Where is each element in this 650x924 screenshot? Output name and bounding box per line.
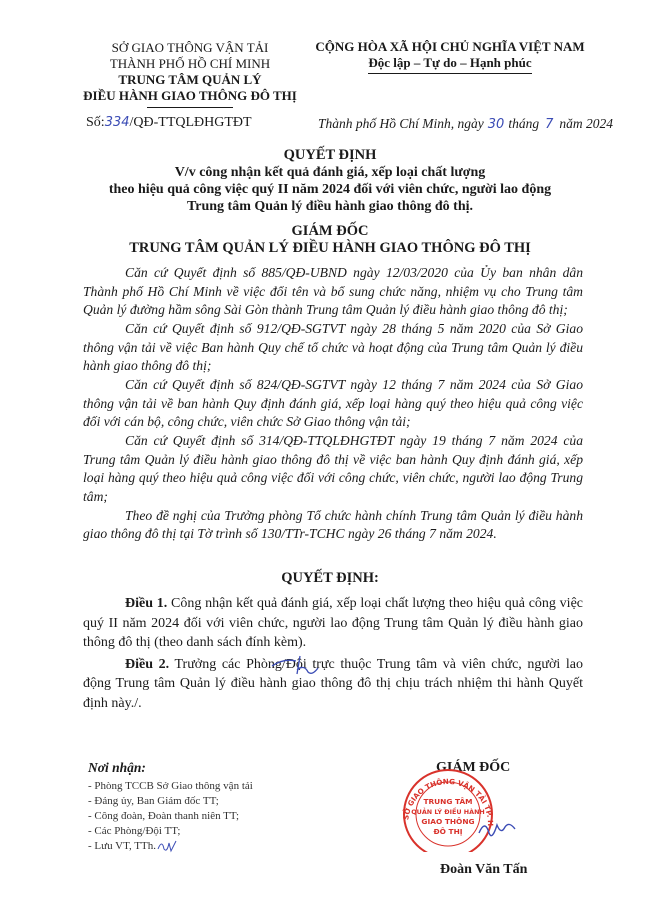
recipients-title: Nơi nhận: [88, 760, 388, 776]
agency-parent-line2: THÀNH PHỐ HỒ CHÍ MINH [60, 56, 320, 72]
national-motto: Độc lập – Tự do – Hạnh phúc [368, 55, 531, 74]
agency-name-line2: ĐIỀU HÀNH GIAO THÔNG ĐÔ THỊ [83, 88, 297, 104]
title-line3: Trung tâm Quản lý điều hành giao thông đ… [60, 198, 600, 215]
national-header: CỘNG HÒA XÃ HỘI CHỦ NGHĨA VIỆT NAM Độc l… [300, 39, 600, 74]
title-heading: QUYẾT ĐỊNH [60, 147, 600, 164]
title-line1: V/v công nhận kết quả đánh giá, xếp loại… [60, 164, 600, 181]
title-line2: theo hiệu quả công việc quý II năm 2024 … [60, 181, 600, 198]
preamble: Căn cứ Quyết định số 885/QĐ-UBND ngày 12… [83, 264, 583, 544]
articles: Điều 1. Công nhận kết quả đánh giá, xếp … [83, 594, 583, 714]
article-label: Điều 2. [125, 657, 169, 672]
doc-number-prefix: Số: [86, 115, 105, 130]
recipient-item: - Lưu VT, TTh. [88, 839, 388, 854]
svg-text:ĐÔ THỊ: ĐÔ THỊ [433, 827, 462, 836]
initial-signature-mark [270, 654, 320, 676]
preamble-item: Căn cứ Quyết định số 912/QĐ-SGTVT ngày 2… [83, 320, 583, 376]
director-signature [477, 815, 517, 845]
recipient-item: - Đảng ủy, Ban Giám đốc TT; [88, 794, 388, 809]
issuing-agency: SỞ GIAO THÔNG VẬN TẢI THÀNH PHỐ HỒ CHÍ M… [60, 40, 320, 108]
authority-line1: GIÁM ĐỐC [60, 223, 600, 240]
preamble-item: Căn cứ Quyết định số 824/QĐ-SGTVT ngày 1… [83, 376, 583, 432]
article-1: Điều 1. Công nhận kết quả đánh giá, xếp … [83, 594, 583, 653]
signer-name: Đoàn Văn Tấn [440, 862, 527, 878]
issuing-authority: GIÁM ĐỐC TRUNG TÂM QUẢN LÝ ĐIỀU HÀNH GIA… [60, 223, 600, 257]
authority-line2: TRUNG TÂM QUẢN LÝ ĐIỀU HÀNH GIAO THÔNG Đ… [60, 240, 600, 257]
recipient-item: - Công đoàn, Đoàn thanh niên TT; [88, 809, 388, 824]
date-month-handwritten: 7 [539, 117, 559, 132]
date-text-1: Thành phố Hồ Chí Minh, ngày [318, 116, 484, 131]
doc-number-handwritten: 334 [105, 115, 130, 130]
recipients: Nơi nhận: - Phòng TCCB Sở Giao thông vận… [88, 760, 388, 854]
document-title: QUYẾT ĐỊNH V/v công nhận kết quả đánh gi… [60, 147, 600, 215]
doc-number-suffix: /QĐ-TTQLĐHGTĐT [130, 115, 252, 130]
recipient-item: - Các Phòng/Đội TT; [88, 824, 388, 839]
date-day-handwritten: 30 [484, 117, 509, 132]
document-number: Số:334/QĐ-TTQLĐHGTĐT [86, 115, 252, 131]
preamble-item: Căn cứ Quyết định số 314/QĐ-TTQLĐHGTĐT n… [83, 432, 583, 506]
decision-heading: QUYẾT ĐỊNH: [60, 570, 600, 587]
recipient-text: - Lưu VT, TTh. [88, 840, 156, 852]
place-and-date: Thành phố Hồ Chí Minh, ngày30tháng7năm 2… [318, 116, 613, 132]
preamble-item: Căn cứ Quyết định số 885/QĐ-UBND ngày 12… [83, 264, 583, 320]
country-name: CỘNG HÒA XÃ HỘI CHỦ NGHĨA VIỆT NAM [300, 39, 600, 55]
svg-text:GIAO THÔNG: GIAO THÔNG [421, 817, 474, 826]
initial-mark-icon [156, 839, 178, 853]
date-text-3: năm 2024 [559, 116, 613, 131]
date-text-2: tháng [508, 116, 539, 131]
preamble-item: Theo đề nghị của Trưởng phòng Tổ chức hà… [83, 507, 583, 544]
article-label: Điều 1. [125, 596, 167, 611]
article-2: Điều 2. Trưởng các Phòng/Đội trực thuộc … [83, 655, 583, 714]
agency-name-block: TRUNG TÂM QUẢN LÝ ĐIỀU HÀNH GIAO THÔNG Đ… [83, 72, 297, 108]
svg-text:TRUNG TÂM: TRUNG TÂM [423, 797, 472, 806]
agency-name-line1: TRUNG TÂM QUẢN LÝ [83, 72, 297, 88]
agency-parent-line1: SỞ GIAO THÔNG VẬN TẢI [60, 40, 320, 56]
recipient-item: - Phòng TCCB Sở Giao thông vận tải [88, 779, 388, 794]
svg-text:QUẢN LÝ ĐIỀU HÀNH: QUẢN LÝ ĐIỀU HÀNH [411, 806, 485, 816]
